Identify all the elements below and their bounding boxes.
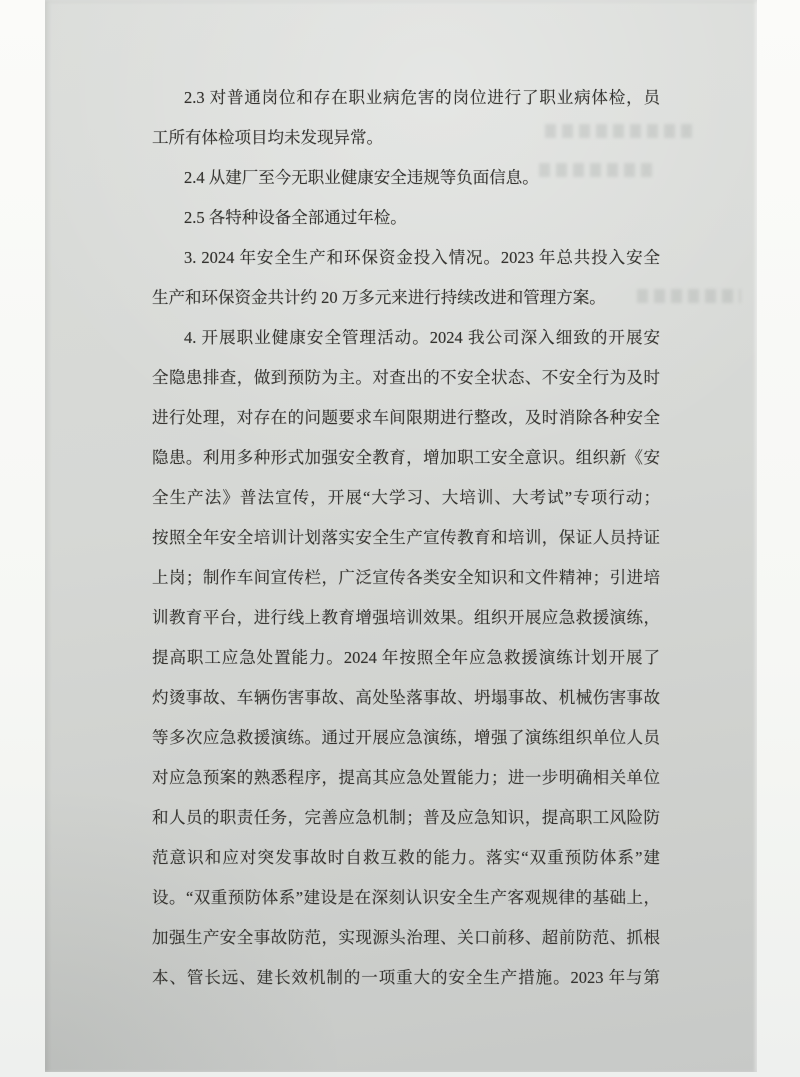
- text-line: 上岗；制作车间宣传栏，广泛宣传各类安全知识和文件精神；引进培: [152, 558, 660, 598]
- text-line: 和人员的职责任务，完善应急机制；普及应急知识，提高职工风险防: [152, 798, 660, 838]
- document-text: 2.3 对普通岗位和存在职业病危害的岗位进行了职业病体检，员工所有体检项目均未发…: [152, 78, 660, 998]
- text-line: 本、管长远、建长效机制的一项重大的安全生产措施。2023 年与第: [152, 958, 660, 998]
- text-line: 2.4 从建厂至今无职业健康安全违规等负面信息。: [152, 158, 660, 198]
- text-line: 进行处理，对存在的问题要求车间限期进行整改，及时消除各种安全: [152, 398, 660, 438]
- text-line: 设。“双重预防体系”建设是在深刻认识安全生产客观规律的基础上，: [152, 878, 660, 918]
- text-line: 训教育平台，进行线上教育增强培训效果。组织开展应急救援演练，: [152, 598, 660, 638]
- text-line: 加强生产安全事故防范，实现源头治理、关口前移、超前防范、抓根: [152, 918, 660, 958]
- text-line: 对应急预案的熟悉程序，提高其应急处置能力；进一步明确相关单位: [152, 758, 660, 798]
- document-page: 2.3 对普通岗位和存在职业病危害的岗位进行了职业病体检，员工所有体检项目均未发…: [45, 0, 757, 1072]
- text-line: 全隐患排查，做到预防为主。对查出的不安全状态、不安全行为及时: [152, 358, 660, 398]
- text-line: 生产和环保资金共计约 20 万多元来进行持续改进和管理方案。: [152, 278, 660, 318]
- text-line: 隐患。利用多种形式加强安全教育，增加职工安全意识。组织新《安: [152, 438, 660, 478]
- text-line: 范意识和应对突发事故时自救互救的能力。落实“双重预防体系”建: [152, 838, 660, 878]
- text-line: 全生产法》普法宣传，开展“大学习、大培训、大考试”专项行动；: [152, 478, 660, 518]
- text-line: 3. 2024 年安全生产和环保资金投入情况。2023 年总共投入安全: [152, 238, 660, 278]
- text-line: 工所有体检项目均未发现异常。: [152, 118, 660, 158]
- text-line: 提高职工应急处置能力。2024 年按照全年应急救援演练计划开展了: [152, 638, 660, 678]
- photo-background: 2.3 对普通岗位和存在职业病危害的岗位进行了职业病体检，员工所有体检项目均未发…: [0, 0, 800, 1077]
- text-line: 等多次应急救援演练。通过开展应急演练，增强了演练组织单位人员: [152, 718, 660, 758]
- text-line: 2.3 对普通岗位和存在职业病危害的岗位进行了职业病体检，员: [152, 78, 660, 118]
- text-line: 按照全年安全培训计划落实安全生产宣传教育和培训，保证人员持证: [152, 518, 660, 558]
- text-line: 2.5 各特种设备全部通过年检。: [152, 198, 660, 238]
- text-line: 4. 开展职业健康安全管理活动。2024 我公司深入细致的开展安: [152, 318, 660, 358]
- text-line: 灼烫事故、车辆伤害事故、高处坠落事故、坍塌事故、机械伤害事故: [152, 678, 660, 718]
